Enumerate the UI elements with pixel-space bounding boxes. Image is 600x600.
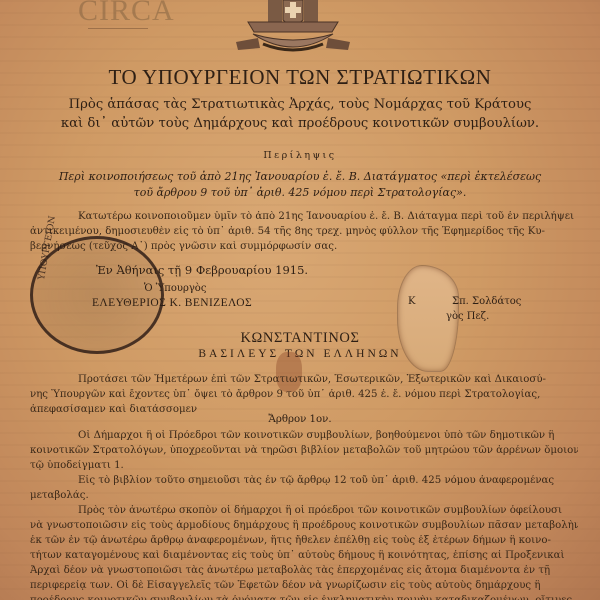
cosigner-name: Σπ. Σολδάτος [452,296,521,307]
summary-heading: Περίληψις [0,150,600,161]
article-line: Εἰς τὸ βιβλίον τοῦτο σημειοῦσι τὰς ἐν τῷ… [30,475,600,486]
summary-line-1: Περὶ κοινοποιήσεως τοῦ ἀπὸ 21ης Ἰανουαρί… [0,170,600,183]
summary-line-2: τοῦ ἄρθρου 9 τοῦ ὑπ᾽ ἀριθ. 425 νόμου περ… [0,186,600,199]
issue-date: Ἐν Ἀθήναις τῇ 9 Φεβρουαρίου 1915. [96,263,308,277]
article-line: κοινοτικῶν Στρατολόγων, ὑποχρεοῦνται νὰ … [30,445,578,456]
article-line: Οἱ Δήμαρχοι ἢ οἱ Πρόεδροι τῶν κοινοτικῶν… [30,430,600,441]
notice-line: ἀντικειμένου, δημοσιευθὲν εἰς τὸ ὑπ᾽ ἀρι… [30,226,578,237]
addressee-line-2: καὶ δι᾽ αὐτῶν τοὺς Δημάρχους καὶ προέδρο… [0,116,600,131]
article-line: προέδρους κοινοτικῶν συμβουλίων τὰ ὀνόμα… [30,595,578,600]
minister-label: Ὁ Ὑπουργὸς [144,283,206,294]
document-page: CIRCA ΤΟ ΥΠΟΥΡΓΕΙΟΝ ΤΩΝ ΣΤΡΑΤΙΩΤΙΚΩΝ Πρὸ… [0,0,600,600]
article-line: τήτων καταγομένους καὶ διαμένοντας εἰς τ… [30,550,578,561]
article-line: Ἀρχαὶ δέον νὰ γνωστοποιῶσι τὰς ἀνωτέρω μ… [30,565,578,576]
cosigner-rank: γὸς Πεζ. [446,311,489,322]
article-line: ἐκ τῶν ἐν τῷ ἀνωτέρω ἄρθρῳ ἀναφερομένων,… [30,535,578,546]
divider [88,28,148,29]
ink-stain [276,352,302,392]
watermark: CIRCA [78,0,175,28]
article-line: νὰ γνωστοποιῶσιν εἰς τοὺς ἁρμοδίους δημά… [30,520,578,531]
article-line: μεταβολάς. [30,490,578,501]
article-heading: Ἄρθρον 1ον. [0,414,600,425]
article-line: περιφερείᾳ των. Οἱ δὲ Εἰσαγγελεῖς τῶν Ἐφ… [30,580,578,591]
preamble-line: νης Ὑπουργῶν καὶ ἔχοντες ὑπ᾽ ὄψει τὸ ἄρθ… [30,389,578,400]
notice-line: Κατωτέρω κοινοποιοῦμεν ὑμῖν τὸ ἀπὸ 21ης … [30,211,600,222]
preamble-line: Προτάσει τῶν Ἡμετέρων ἐπὶ τῶν Στρατιωτικ… [30,374,600,385]
article-line: Πρὸς τὸν ἀνωτέρω σκοπὸν οἱ δήμαρχοι ἢ οἱ… [30,505,600,516]
coat-of-arms-icon [228,0,358,60]
addressee-line-1: Πρὸς ἁπάσας τὰς Στρατιωτικὰς Ἀρχάς, τοὺς… [0,97,600,112]
article-line: τῷ ὑποδείγματι 1. [30,460,578,471]
ministry-title: ΤΟ ΥΠΟΥΡΓΕΙΟΝ ΤΩΝ ΣΤΡΑΤΙΩΤΙΚΩΝ [0,65,600,90]
cosigner-mark: Κ [408,296,415,307]
king-name: ΚΩΝΣΤΑΝΤΙΝΟΣ [0,330,600,347]
minister-name: ΕΛΕΥΘΕΡΙΟΣ Κ. ΒΕΝΙΖΕΛΟΣ [92,297,252,309]
